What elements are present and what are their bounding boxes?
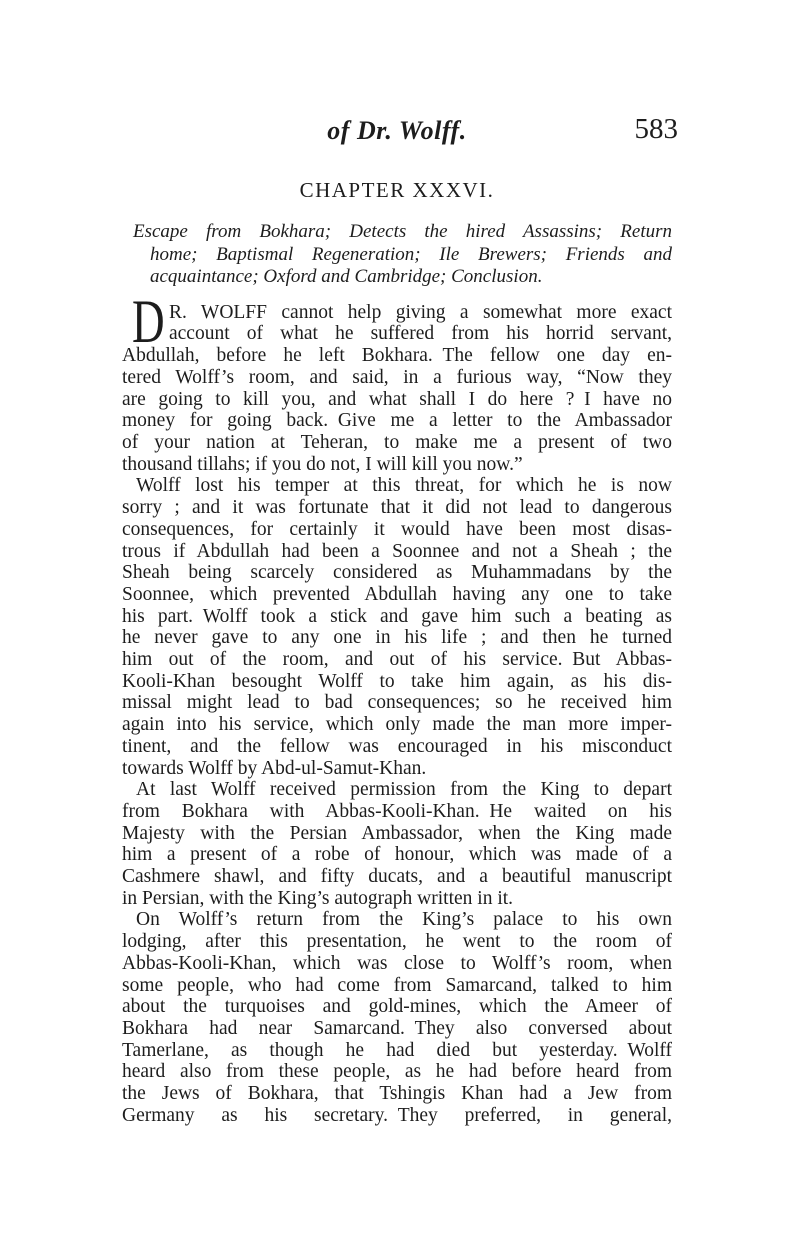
page-body: DR. WOLFF cannot help giving a somewhat … xyxy=(122,302,672,1127)
text-line: At last Wolff received permission from t… xyxy=(122,779,672,801)
text-line: thousand tillahs; if you do not, I will … xyxy=(122,454,672,476)
text-line: Kooli-Khan besought Wolff to take him ag… xyxy=(122,671,672,693)
text-line: Soonnee, which prevented Abdullah having… xyxy=(122,584,672,606)
paragraph: DR. WOLFF cannot help giving a somewhat … xyxy=(122,302,672,476)
synopsis-line: acquaintance; Oxford and Cambridge; Conc… xyxy=(122,266,672,289)
text-line: Abbas-Kooli-Khan, which was close to Wol… xyxy=(122,953,672,975)
text-line: Germany as his secretary. They preferred… xyxy=(122,1105,672,1127)
text-line: Bokhara had near Samarcand. They also co… xyxy=(122,1018,672,1040)
text-line: towards Wolff by Abd-ul-Samut-Khan. xyxy=(122,758,672,780)
text-column: of Dr. Wolff. 583 CHAPTER XXXVI. Escape … xyxy=(122,118,672,1127)
drop-cap: D xyxy=(132,303,155,345)
text-line: sorry ; and it was fortunate that it did… xyxy=(122,497,672,519)
text-line: consequences, for certainly it would hav… xyxy=(122,519,672,541)
text-line: tinent, and the fellow was encouraged in… xyxy=(122,736,672,758)
text-line: from Bokhara with Abbas-Kooli-Khan. He w… xyxy=(122,801,672,823)
book-page: of Dr. Wolff. 583 CHAPTER XXXVI. Escape … xyxy=(0,0,800,1237)
text-line: again into his service, which only made … xyxy=(122,714,672,736)
text-line: missal might lead to bad consequences; s… xyxy=(122,692,672,714)
paragraph: At last Wolff received permission from t… xyxy=(122,779,672,909)
text-line: him a present of a robe of honour, which… xyxy=(122,844,672,866)
text-line: of your nation at Teheran, to make me a … xyxy=(122,432,672,454)
text-line: in Persian, with the King’s autograph wr… xyxy=(122,888,672,910)
text-line: his part. Wolff took a stick and gave hi… xyxy=(122,606,672,628)
text-line: money for going back. Give me a letter t… xyxy=(122,410,672,432)
text-line: lodging, after this presentation, he wen… xyxy=(122,931,672,953)
text-line: are going to kill you, and what shall I … xyxy=(122,389,672,411)
text-line: tered Wolff’s room, and said, in a furio… xyxy=(122,367,672,389)
text-line: Abdullah, before he left Bokhara. The fe… xyxy=(122,345,672,367)
text-line: On Wolff’s return from the King’s palace… xyxy=(122,909,672,931)
paragraph: On Wolff’s return from the King’s palace… xyxy=(122,909,672,1126)
text-line: he never gave to any one in his life ; a… xyxy=(122,627,672,649)
text-line: some people, who had come from Samarcand… xyxy=(122,975,672,997)
running-header: of Dr. Wolff. xyxy=(122,118,672,144)
page-header: of Dr. Wolff. 583 xyxy=(122,118,672,144)
text-line: the Jews of Bokhara, that Tshingis Khan … xyxy=(122,1083,672,1105)
chapter-heading: CHAPTER XXXVI. xyxy=(122,178,672,202)
text-line: Sheah being scarcely considered as Muham… xyxy=(122,562,672,584)
paragraph: Wolff lost his temper at this threat, fo… xyxy=(122,475,672,779)
text-line: about the turquoises and gold-mines, whi… xyxy=(122,996,672,1018)
synopsis-line: home; Baptismal Regeneration; Ile Brewer… xyxy=(122,244,672,267)
text-line: Wolff lost his temper at this threat, fo… xyxy=(122,475,672,497)
text-line: trous if Abdullah had been a Soonnee and… xyxy=(122,541,672,563)
text-line: R. WOLFF cannot help giving a somewhat m… xyxy=(122,302,672,324)
chapter-synopsis: Escape from Bokhara; Detects the hired A… xyxy=(122,221,672,289)
text-line: him out of the room, and out of his serv… xyxy=(122,649,672,671)
text-line: Tamerlane, as though he had died but yes… xyxy=(122,1040,672,1062)
page-number: 583 xyxy=(635,115,679,144)
text-line: account of what he suffered from his hor… xyxy=(122,323,672,345)
text-line: Majesty with the Persian Ambassador, whe… xyxy=(122,823,672,845)
synopsis-line: Escape from Bokhara; Detects the hired A… xyxy=(122,221,672,244)
text-line: heard also from these people, as he had … xyxy=(122,1061,672,1083)
text-line: Cashmere shawl, and fifty ducats, and a … xyxy=(122,866,672,888)
